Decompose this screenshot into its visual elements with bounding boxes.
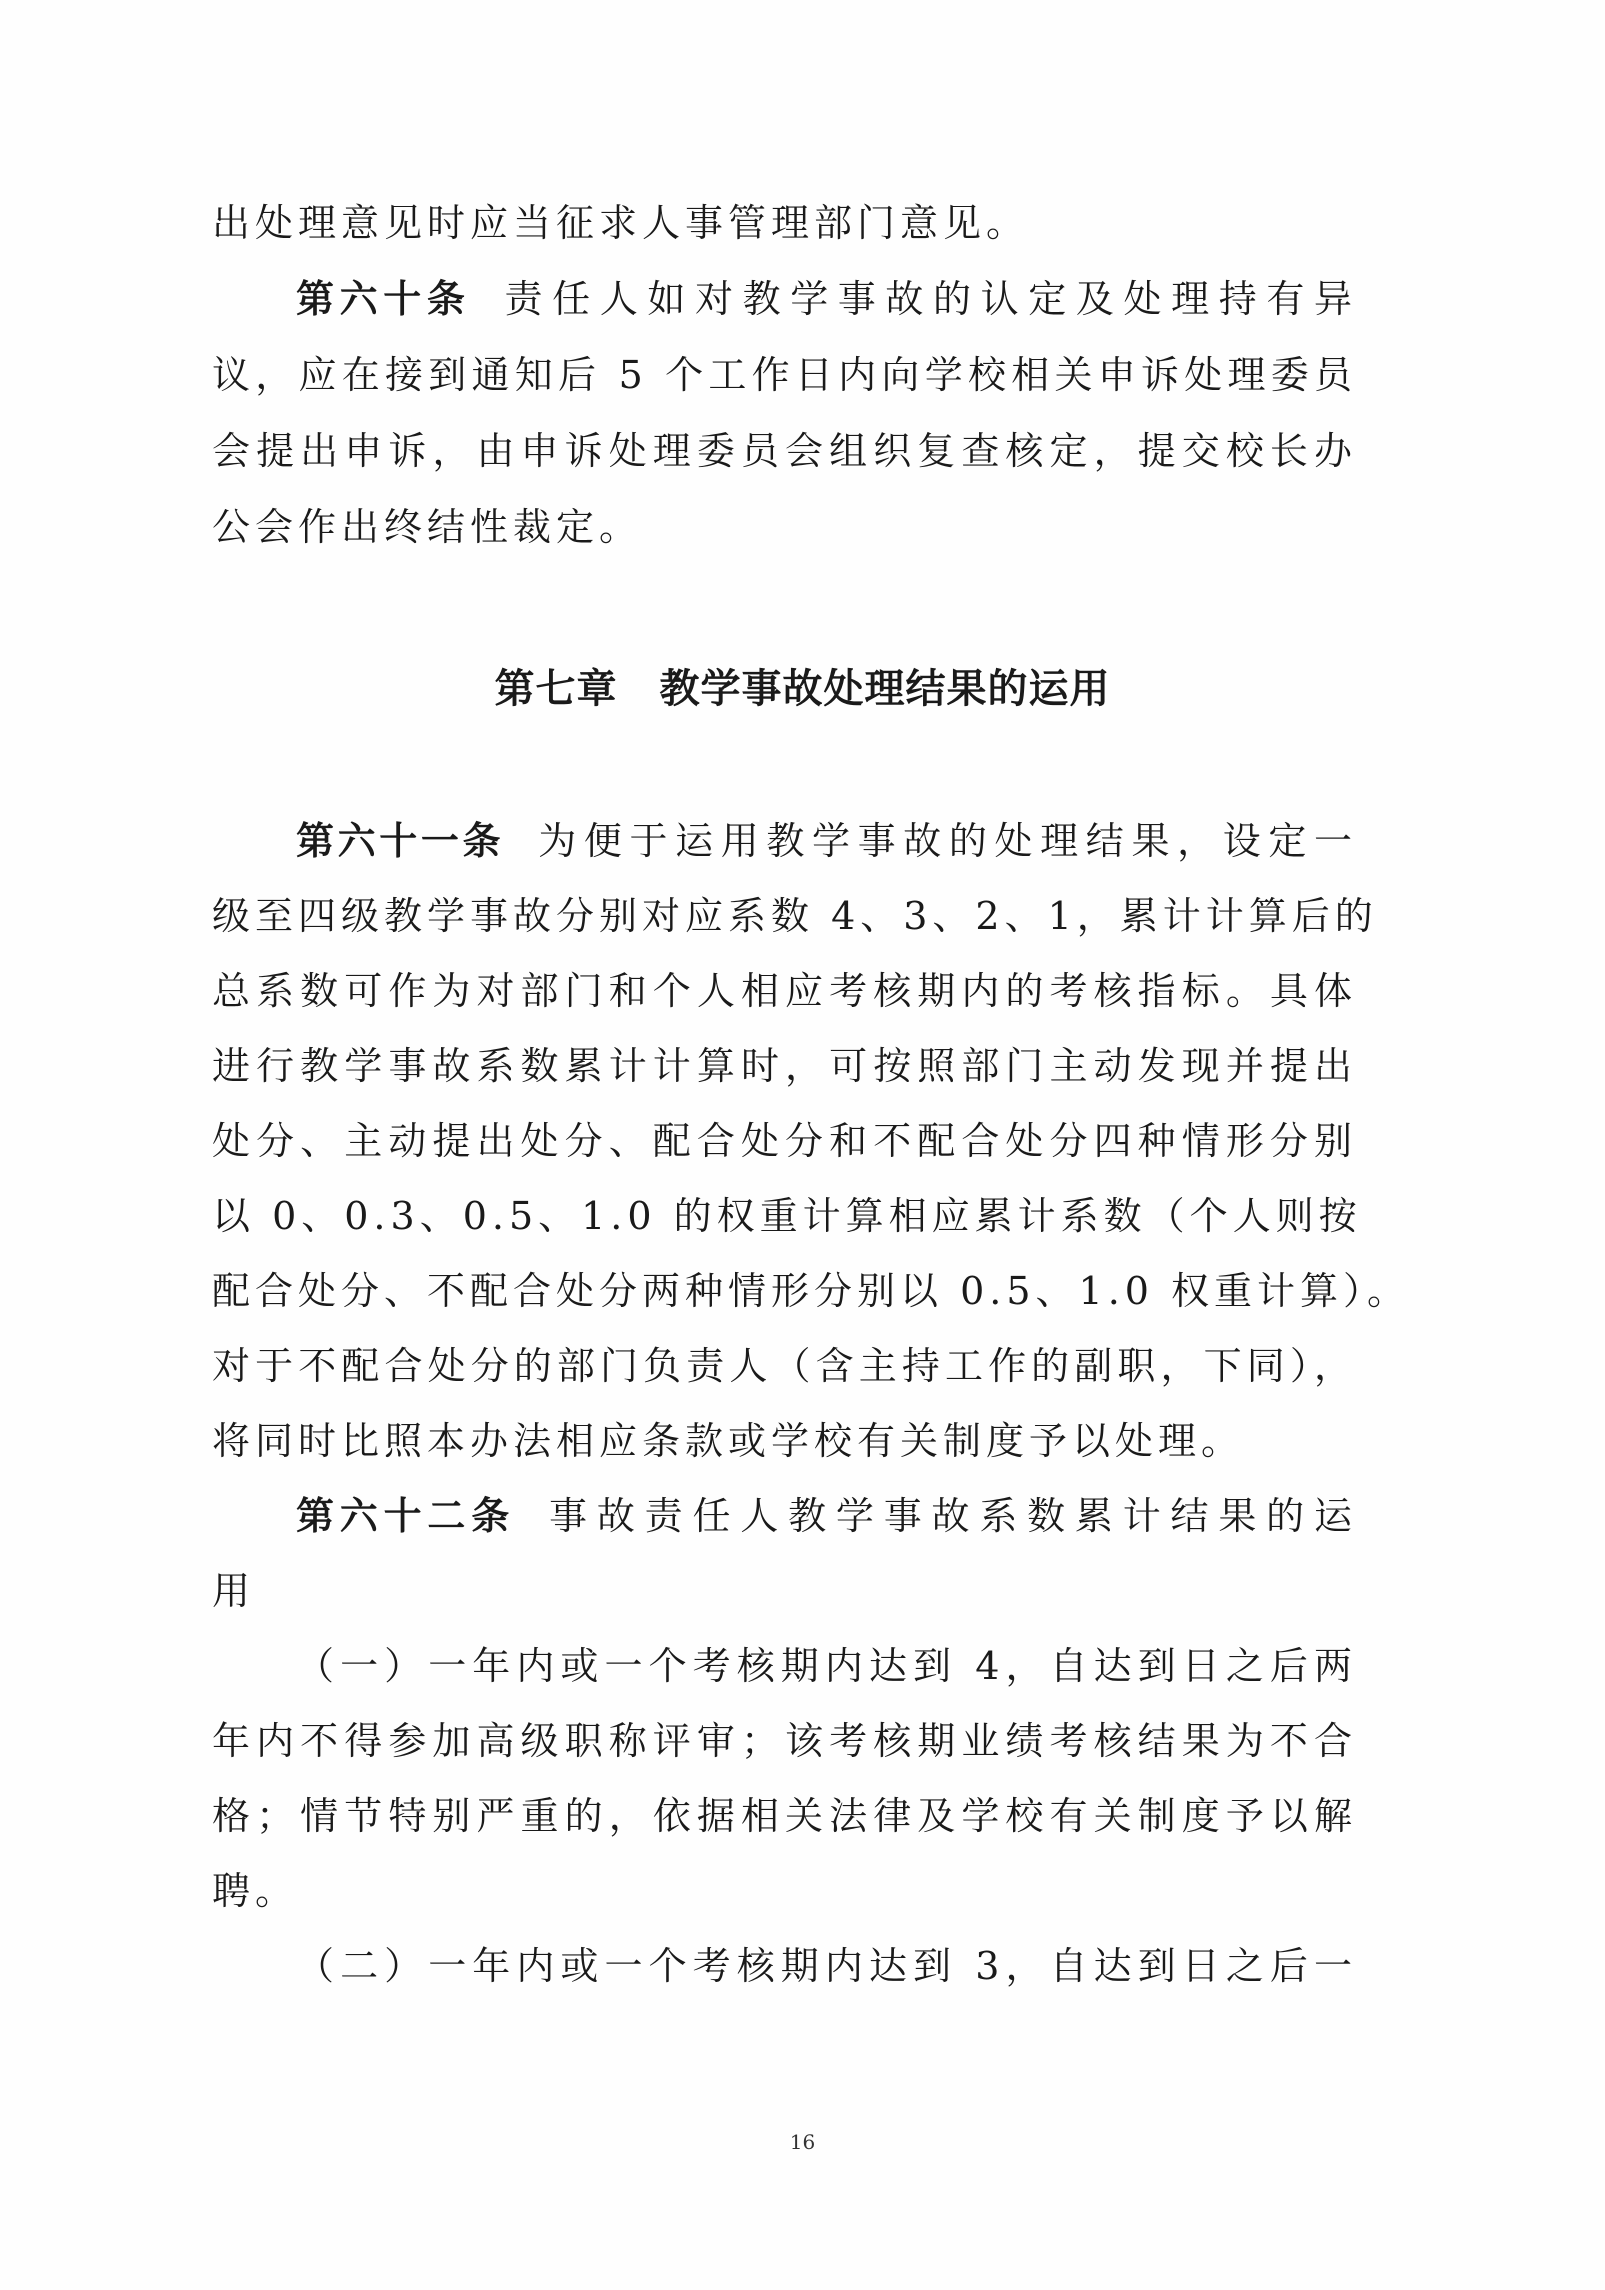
paragraph-line: 总系数可作为对部门和个人相应考核期内的考核指标。具体 <box>212 968 1357 1014</box>
paragraph-line: 级至四级教学事故分别对应系数 4、3、2、1，累计计算后的 <box>212 893 1357 939</box>
paragraph-line: 议，应在接到通知后 5 个工作日内向学校相关申诉处理委员 <box>212 352 1357 398</box>
article-60-text: 责任人如对教学事故的认定及处理持有异 <box>504 277 1357 321</box>
chapter-number: 第七章 <box>495 666 618 712</box>
article-61-text: 为便于运用教学事故的处理结果，设定一 <box>538 819 1357 863</box>
paragraph-line: 出处理意见时应当征求人事管理部门意见。 <box>212 200 1357 246</box>
paragraph-line: 处分、主动提出处分、配合处分和不配合处分四种情形分别 <box>212 1118 1357 1164</box>
article-60-label: 第六十条 <box>296 277 470 321</box>
page-number: 16 <box>0 2130 1605 2154</box>
paragraph-line: 配合处分、不配合处分两种情形分别以 0.5、1.0 权重计算）。 <box>212 1268 1357 1314</box>
paragraph-line: 公会作出终结性裁定。 <box>212 504 1357 550</box>
paragraph-line: 年内不得参加高级职称评审；该考核期业绩考核结果为不合 <box>212 1718 1357 1764</box>
paragraph-line: 进行教学事故系数累计计算时，可按照部门主动发现并提出 <box>212 1043 1357 1089</box>
article-60-first-line: 第六十条责任人如对教学事故的认定及处理持有异 <box>296 276 1357 322</box>
paragraph-line: 格；情节特别严重的，依据相关法律及学校有关制度予以解 <box>212 1793 1357 1839</box>
paragraph-line: 聘。 <box>212 1868 1357 1914</box>
item-1-first-line: （一）一年内或一个考核期内达到 4，自达到日之后两 <box>296 1643 1357 1689</box>
paragraph-line: 将同时比照本办法相应条款或学校有关制度予以处理。 <box>212 1418 1357 1464</box>
article-62-text: 事故责任人教学事故系数累计结果的运 <box>549 1494 1357 1538</box>
paragraph-line: 对于不配合处分的部门负责人（含主持工作的副职，下同）， <box>212 1343 1357 1389</box>
item-2-first-line: （二）一年内或一个考核期内达到 3，自达到日之后一 <box>296 1943 1357 1989</box>
article-61-first-line: 第六十一条为便于运用教学事故的处理结果，设定一 <box>296 818 1357 864</box>
article-61-label: 第六十一条 <box>296 819 504 863</box>
paragraph-line: 以 0、0.3、0.5、1.0 的权重计算相应累计系数（个人则按 <box>212 1193 1357 1239</box>
article-62-label: 第六十二条 <box>296 1494 515 1538</box>
chapter-title: 教学事故处理结果的运用 <box>660 666 1111 712</box>
article-62-first-line: 第六十二条事故责任人教学事故系数累计结果的运 <box>296 1493 1357 1539</box>
paragraph-line: 会提出申诉，由申诉处理委员会组织复查核定，提交校长办 <box>212 428 1357 474</box>
chapter-heading: 第七章教学事故处理结果的运用 <box>0 664 1605 714</box>
paragraph-line: 用 <box>212 1568 1357 1614</box>
document-page: 出处理意见时应当征求人事管理部门意见。 第六十条责任人如对教学事故的认定及处理持… <box>0 0 1605 2290</box>
